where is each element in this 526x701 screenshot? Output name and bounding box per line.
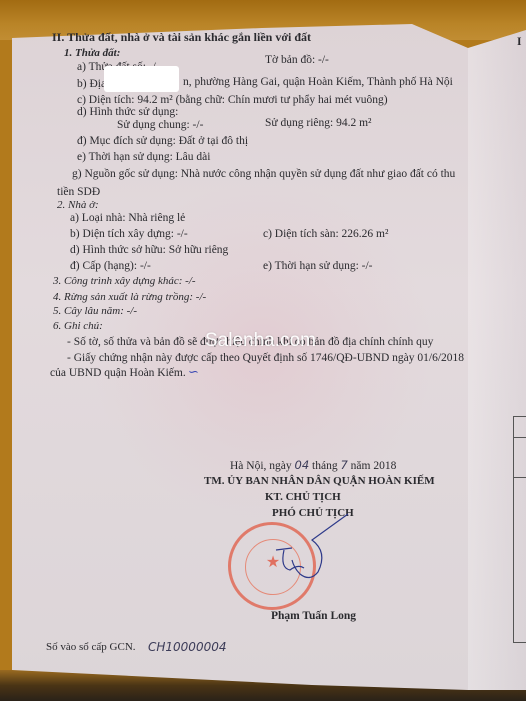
issuing-org: TM. ỦY BAN NHÂN DÂN QUẬN HOÀN KIẾM <box>204 475 435 487</box>
perennial-trees: 5. Cây lâu năm: -/- <box>53 305 137 317</box>
note-line-2: - Giấy chứng nhận này được cấp theo Quyế… <box>67 352 464 364</box>
production-forest: 4. Rừng sản xuất là rừng trồng: -/- <box>53 291 206 303</box>
build-area: b) Diện tích xây dựng: -/- <box>70 228 188 240</box>
redacted-address <box>104 66 179 92</box>
signer-name: Phạm Tuấn Long <box>271 610 356 622</box>
registry-number: CH10000004 <box>148 640 226 654</box>
usage-form: d) Hình thức sử dụng: <box>77 106 178 118</box>
land-area: c) Diện tích: 94.2 m² (bằng chữ: Chín mư… <box>77 94 388 106</box>
date-day: 04 <box>295 458 310 472</box>
ownership-form: d) Hình thức sở hữu: Sở hữu riêng <box>70 244 228 256</box>
usage-term: e) Thời hạn sử dụng: Lâu dài <box>77 151 210 163</box>
signature-icon <box>270 512 350 592</box>
usage-origin-1: g) Nguồn gốc sử dụng: Nhà nước công nhận… <box>72 168 455 180</box>
usage-origin-2: tiền SDĐ <box>57 186 100 198</box>
house-type: a) Loại nhà: Nhà riêng lẻ <box>70 212 185 224</box>
right-page-marker: I <box>517 36 521 48</box>
date-month: 7 <box>340 458 347 472</box>
map-sheet: Tờ bản đồ: -/- <box>265 54 329 66</box>
house-term: e) Thời hạn sử dụng: -/- <box>263 260 373 272</box>
address-prefix: b) Địa <box>77 78 106 90</box>
signer-role-1: KT. CHỦ TỊCH <box>265 491 341 503</box>
floor-area: c) Diện tích sàn: 226.26 m² <box>263 228 388 240</box>
note-line-3: của UBND quận Hoàn Kiếm. <box>50 367 186 379</box>
side-table-border <box>513 416 526 643</box>
initial-mark-icon: ∽ <box>188 364 199 380</box>
issue-date: Hà Nội, ngày 04 tháng 7 năm 2018 <box>230 458 396 472</box>
other-construction: 3. Công trình xây dựng khác: -/- <box>53 275 196 287</box>
house-grade: đ) Cấp (hạng): -/- <box>70 260 151 272</box>
notes-heading: 6. Ghi chú: <box>53 320 103 332</box>
date-prefix: Hà Nội, ngày <box>230 460 292 472</box>
date-year: năm 2018 <box>351 460 397 472</box>
usage-purpose: đ) Mục đích sử dụng: Đất ở tại đô thị <box>77 135 248 147</box>
address: n, phường Hàng Gai, quận Hoàn Kiếm, Thàn… <box>183 76 453 88</box>
section-title: II. Thửa đất, nhà ở và tài sản khác gắn … <box>52 30 311 45</box>
house-heading: 2. Nhà ở: <box>57 199 99 211</box>
watermark: Salenha.com <box>205 330 316 352</box>
month-label: tháng <box>312 460 338 472</box>
land-heading: 1. Thửa đất: <box>64 47 120 59</box>
private-use: Sử dụng riêng: 94.2 m² <box>265 117 371 129</box>
registry-label: Số vào sổ cấp GCN. <box>46 641 136 653</box>
shared-use: Sử dụng chung: -/- <box>117 119 203 131</box>
